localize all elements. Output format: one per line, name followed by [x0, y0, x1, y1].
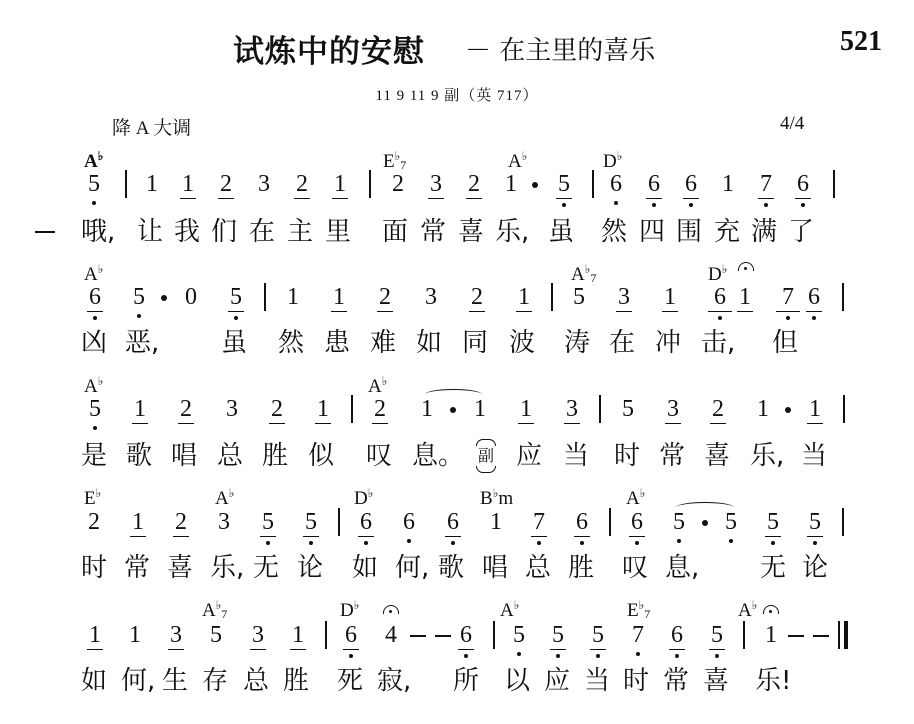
lyric-syllable: 应 [544, 666, 574, 696]
note: 3 [221, 397, 243, 421]
barline [842, 508, 844, 536]
lower-octave-dot [677, 539, 681, 543]
lower-octave-dot [537, 541, 541, 545]
lower-octave-dot [580, 541, 584, 545]
note: 1 [416, 397, 438, 421]
lyric-syllable: 同 [462, 328, 492, 358]
barline [551, 283, 553, 311]
chord-symbol: A♭ [84, 147, 103, 171]
lower-octave-dot [715, 654, 719, 658]
note-digit: 5 [809, 509, 821, 535]
note: 2 [374, 285, 396, 309]
note: 3 [165, 623, 187, 647]
augmentation-dot [450, 407, 456, 413]
chord-symbol: A♭ [500, 596, 519, 620]
lyric-syllable: 哦, [81, 217, 111, 247]
lyric-syllable: 当 [563, 441, 593, 471]
note-digit: 7 [782, 284, 794, 310]
note-digit: 6 [610, 171, 622, 197]
lower-octave-dot [764, 203, 768, 207]
lower-octave-dot [614, 201, 618, 205]
lyric-syllable: 寂, [377, 666, 407, 696]
lyric-syllable: 唱 [171, 441, 201, 471]
chord-symbol: A♭7 [571, 260, 596, 288]
note: 5 [762, 510, 784, 534]
note-digit: 2 [471, 284, 483, 310]
note: 2 [369, 397, 391, 421]
lyric-syllable: 如 [416, 328, 446, 358]
lyric-syllable: 波 [509, 328, 539, 358]
augmentation-dot [702, 520, 708, 526]
augmentation-dot [785, 407, 791, 413]
note: 3 [213, 510, 235, 534]
lyric-syllable: 喜 [458, 217, 488, 247]
lyric-syllable: 乐, [495, 217, 525, 247]
note-digit: 5 [89, 396, 101, 422]
lyric-syllable: 常 [659, 441, 689, 471]
note: 3 [613, 285, 635, 309]
barline [599, 395, 601, 423]
lower-octave-dot [689, 203, 693, 207]
hymn-title: 试炼中的安慰 [233, 26, 425, 71]
lyric-syllable: 叹 [622, 553, 652, 583]
note: 1 [177, 172, 199, 196]
note-digit: 6 [360, 509, 372, 535]
barline [743, 621, 745, 649]
note: 5 [587, 623, 609, 647]
note-digit: 5 [230, 284, 242, 310]
chord-symbol: A♭ [738, 596, 757, 620]
lyric-syllable: 时 [81, 553, 111, 583]
note: 2 [291, 172, 313, 196]
note-digit: 3 [252, 622, 264, 648]
note-digit: 3 [170, 622, 182, 648]
note: 1 [513, 285, 535, 309]
note-digit: 1 [132, 509, 144, 535]
note-digit: 2 [468, 171, 480, 197]
note: 5 [508, 623, 530, 647]
note-digit: 6 [576, 509, 588, 535]
fermata-icon [763, 605, 779, 614]
note-digit: 6 [671, 622, 683, 648]
note: 6 [643, 172, 665, 196]
lyric-syllable: 常 [124, 553, 154, 583]
chord-symbol: A♭ [84, 372, 103, 396]
lyric-syllable: 在 [249, 217, 279, 247]
lower-octave-dot [93, 426, 97, 430]
note-digit: 2 [220, 171, 232, 197]
note-digit: 3 [258, 171, 270, 197]
lyric-syllable: 何, [121, 666, 151, 696]
barline [125, 170, 127, 198]
note: 3 [662, 397, 684, 421]
note: 1 [469, 397, 491, 421]
note: 1 [124, 623, 146, 647]
lyric-syllable: 常 [663, 666, 693, 696]
note: 2 [466, 285, 488, 309]
note: 2 [215, 172, 237, 196]
lyric-syllable: 主 [287, 217, 317, 247]
note-digit: 5 [88, 171, 100, 197]
note: 6 [340, 623, 362, 647]
note: 4 [380, 623, 402, 647]
lyric-syllable: 论 [802, 553, 832, 583]
chord-symbol: D♭ [354, 484, 373, 508]
note: 3 [561, 397, 583, 421]
note-digit: 1 [739, 284, 751, 310]
note: 1 [282, 285, 304, 309]
lyric-syllable: 冲 [655, 328, 685, 358]
lyric-syllable: 当 [801, 441, 831, 471]
lower-octave-dot [556, 654, 560, 658]
lyric-syllable: 让 [137, 217, 167, 247]
chord-symbol: A♭ [508, 147, 527, 171]
lower-octave-dot [813, 541, 817, 545]
lower-octave-dot [596, 654, 600, 658]
note: 6 [605, 172, 627, 196]
lyric-syllable: 时 [623, 666, 653, 696]
chord-symbol: E♭7 [383, 147, 406, 175]
lyric-syllable: 了 [788, 217, 818, 247]
lyric-syllable: 歌 [438, 553, 468, 583]
note-digit: 5 [305, 509, 317, 535]
note: 1 [287, 623, 309, 647]
lyric-syllable: 如 [352, 553, 382, 583]
note: 1 [141, 172, 163, 196]
note: 2 [170, 510, 192, 534]
lyric-syllable: 们 [211, 217, 241, 247]
lyric-syllable: 凶 [81, 328, 111, 358]
lyric-syllable: 唱 [482, 553, 512, 583]
note: 1 [485, 510, 507, 534]
barline [325, 621, 327, 649]
note: 1 [500, 172, 522, 196]
lyric-syllable: 总 [217, 441, 247, 471]
note: 7 [528, 510, 550, 534]
barline [842, 283, 844, 311]
note-digit: 3 [430, 171, 442, 197]
note: 2 [266, 397, 288, 421]
lyric-syllable: 充 [714, 217, 744, 247]
lyric-syllable: 在 [609, 328, 639, 358]
note-digit: 3 [566, 396, 578, 422]
note-digit: 7 [632, 622, 644, 648]
barline [609, 508, 611, 536]
note-digit: 1 [317, 396, 329, 422]
note-digit: 6 [808, 284, 820, 310]
barline [833, 170, 835, 198]
note: 5 [84, 397, 106, 421]
note: 6 [680, 172, 702, 196]
lyric-syllable: 但 [772, 328, 802, 358]
lyric-syllable: 喜 [703, 666, 733, 696]
lyric-syllable: 常 [420, 217, 450, 247]
note: 6 [626, 510, 648, 534]
lyric-syllable: 喜 [167, 553, 197, 583]
note: 6 [571, 510, 593, 534]
lyric-syllable: 然 [278, 328, 308, 358]
augmentation-dot [161, 295, 167, 301]
lyric-syllable: 难 [370, 328, 400, 358]
note: 6 [705, 285, 735, 309]
note-digit: 1 [809, 396, 821, 422]
note: 5 [547, 623, 569, 647]
note-digit: 1 [134, 396, 146, 422]
chord-symbol: D♭ [340, 596, 359, 620]
note: 3 [425, 172, 447, 196]
barline [264, 283, 266, 311]
note: 6 [442, 510, 464, 534]
lower-octave-dot [562, 203, 566, 207]
lyric-syllable: 喜 [704, 441, 734, 471]
lower-octave-dot [812, 316, 816, 320]
note: 2 [463, 172, 485, 196]
lyric-syllable: 满 [751, 217, 781, 247]
note-digit: 2 [379, 284, 391, 310]
final-barline-thick [844, 621, 848, 649]
note: 5 [706, 623, 728, 647]
note-digit: 6 [685, 171, 697, 197]
lower-octave-dot [517, 652, 521, 656]
lyric-syllable: 时 [614, 441, 644, 471]
note: 1 [129, 397, 151, 421]
note: 5 [804, 510, 826, 534]
note-digit: 1 [129, 622, 141, 648]
chord-symbol: A♭ [368, 372, 387, 396]
note-digit: 1 [518, 284, 530, 310]
lower-octave-dot [801, 203, 805, 207]
note: 3 [253, 172, 275, 196]
lyric-syllable: 胜 [568, 553, 598, 583]
lower-octave-dot [234, 316, 238, 320]
note-digit: 7 [760, 171, 772, 197]
lower-octave-dot [652, 203, 656, 207]
tie-slur [676, 502, 734, 513]
note: 7 [773, 285, 803, 309]
note: 5 [225, 285, 247, 309]
key-signature: 降 A 大调 [112, 113, 191, 140]
note: 0 [180, 285, 202, 309]
note-digit: 5 [513, 622, 525, 648]
note: 1 [734, 285, 756, 309]
duration-dash [813, 635, 829, 637]
note: 6 [455, 623, 477, 647]
lyric-syllable: 然 [601, 217, 631, 247]
lyric-syllable: 乐, [210, 553, 240, 583]
barline [338, 508, 340, 536]
note: 2 [175, 397, 197, 421]
chord-symbol: B♭m [480, 484, 513, 508]
note: 1 [329, 172, 351, 196]
note: 5 [83, 172, 105, 196]
meter-info: 11 9 11 9 副（英 717） [0, 84, 914, 105]
note: 1 [760, 623, 782, 647]
lyric-syllable: 息。 [412, 441, 442, 471]
lyric-syllable: 何, [395, 553, 425, 583]
note: 2 [707, 397, 729, 421]
note: 6 [398, 510, 420, 534]
note-digit: 1 [334, 171, 346, 197]
lower-octave-dot [718, 316, 722, 320]
note: 1 [328, 285, 350, 309]
lyric-syllable: 胜 [283, 666, 313, 696]
note: 1 [804, 397, 826, 421]
note-digit: 5 [592, 622, 604, 648]
lyric-syllable: 应 [516, 441, 546, 471]
lyric-syllable: 总 [525, 553, 555, 583]
note: 7 [627, 623, 649, 647]
lower-octave-dot [451, 541, 455, 545]
chord-symbol: A♭ [215, 484, 234, 508]
note-digit: 2 [88, 509, 100, 535]
note: 5 [128, 285, 150, 309]
note-digit: 5 [133, 284, 145, 310]
lyric-syllable: 总 [243, 666, 273, 696]
lower-octave-dot [266, 541, 270, 545]
lyric-syllable: 虽 [221, 328, 251, 358]
note-digit: 1 [182, 171, 194, 197]
note-digit: 0 [185, 284, 197, 310]
note: 1 [312, 397, 334, 421]
duration-dash [410, 635, 426, 637]
note-digit: 1 [292, 622, 304, 648]
lyric-syllable: 以 [504, 666, 534, 696]
note-digit: 6 [714, 284, 726, 310]
lyric-syllable: 无 [760, 553, 790, 583]
note-digit: 5 [558, 171, 570, 197]
note-digit: 6 [797, 171, 809, 197]
note: 1 [515, 397, 537, 421]
lower-octave-dot [364, 541, 368, 545]
lower-octave-dot [675, 654, 679, 658]
lower-octave-dot [93, 316, 97, 320]
note-digit: 5 [622, 396, 634, 422]
note-digit: 2 [175, 509, 187, 535]
note-digit: 6 [403, 509, 415, 535]
note-digit: 7 [533, 509, 545, 535]
lyric-syllable: 死 [337, 666, 367, 696]
lower-octave-dot [729, 539, 733, 543]
lyric-syllable: 胜 [262, 441, 292, 471]
lyric-syllable: 围 [676, 217, 706, 247]
lyric-syllable: 如 [81, 666, 111, 696]
lower-octave-dot [349, 654, 353, 658]
note-digit: 1 [89, 622, 101, 648]
note-digit: 1 [765, 622, 777, 648]
note-digit: 4 [385, 622, 397, 648]
note-digit: 3 [667, 396, 679, 422]
note-digit: 6 [648, 171, 660, 197]
note: 1 [127, 510, 149, 534]
note: 1 [659, 285, 681, 309]
lyric-syllable: 四 [639, 217, 669, 247]
note-digit: 2 [712, 396, 724, 422]
note-digit: 1 [333, 284, 345, 310]
note: 5 [668, 510, 690, 534]
lyric-syllable: 乐, [750, 441, 780, 471]
note-digit: 2 [180, 396, 192, 422]
note-digit: 5 [262, 509, 274, 535]
note-digit: 6 [89, 284, 101, 310]
lyric-syllable: 面 [382, 217, 412, 247]
lyric-syllable: 论 [297, 553, 327, 583]
barline [592, 170, 594, 198]
barline [351, 395, 353, 423]
duration-dash [435, 635, 451, 637]
chord-symbol: A♭7 [202, 596, 227, 624]
lyric-syllable: 涛 [564, 328, 594, 358]
lyric-syllable: 存 [202, 666, 232, 696]
lyric-syllable: 似 [308, 441, 338, 471]
note-digit: 5 [711, 622, 723, 648]
augmentation-dot [532, 182, 538, 188]
lyric-syllable: 歌 [126, 441, 156, 471]
chord-symbol: A♭ [626, 484, 645, 508]
note: 2 [83, 510, 105, 534]
fermata-icon [383, 605, 399, 614]
note: 3 [420, 285, 442, 309]
note-digit: 1 [664, 284, 676, 310]
note-digit: 5 [210, 622, 222, 648]
note: 6 [803, 285, 825, 309]
lyric-syllable: 当 [584, 666, 614, 696]
note-digit: 2 [296, 171, 308, 197]
lyric-syllable: 生 [162, 666, 192, 696]
note: 5 [553, 172, 575, 196]
barline [843, 395, 845, 423]
note-digit: 3 [218, 509, 230, 535]
note-digit: 1 [490, 509, 502, 535]
lower-octave-dot [137, 314, 141, 318]
chord-symbol: E♭7 [627, 596, 650, 624]
note-digit: 2 [374, 396, 386, 422]
note-digit: 6 [345, 622, 357, 648]
note: 5 [300, 510, 322, 534]
lyric-syllable: 我 [174, 217, 204, 247]
note-digit: 5 [767, 509, 779, 535]
lyric-syllable: 叹 [366, 441, 396, 471]
lower-octave-dot [636, 652, 640, 656]
note: 3 [247, 623, 269, 647]
lyric-syllable: 击, [701, 328, 731, 358]
time-signature: 4/4 [780, 113, 804, 135]
note: 5 [720, 510, 742, 534]
note: 1 [84, 623, 106, 647]
lyric-syllable: 息, [665, 553, 695, 583]
final-barline-thin [838, 621, 840, 649]
duration-dash [788, 635, 804, 637]
note-digit: 5 [552, 622, 564, 648]
note: 6 [355, 510, 377, 534]
chord-symbol: D♭ [603, 147, 622, 171]
lyric-syllable: 是 [81, 441, 111, 471]
lower-octave-dot [635, 541, 639, 545]
hymn-number: 521 [840, 26, 882, 58]
chord-symbol: E♭ [84, 484, 101, 508]
note-digit: 1 [520, 396, 532, 422]
lower-octave-dot [464, 654, 468, 658]
lyric-syllable: 所 [453, 666, 483, 696]
lower-octave-dot [92, 201, 96, 205]
tie-slur [425, 389, 482, 400]
note-digit: 6 [447, 509, 459, 535]
lyric-syllable: 乐! [755, 666, 785, 696]
note-digit: 1 [722, 171, 734, 197]
note-digit: 3 [425, 284, 437, 310]
barline [369, 170, 371, 198]
chord-symbol: D♭ [708, 260, 727, 284]
note-digit: 6 [460, 622, 472, 648]
